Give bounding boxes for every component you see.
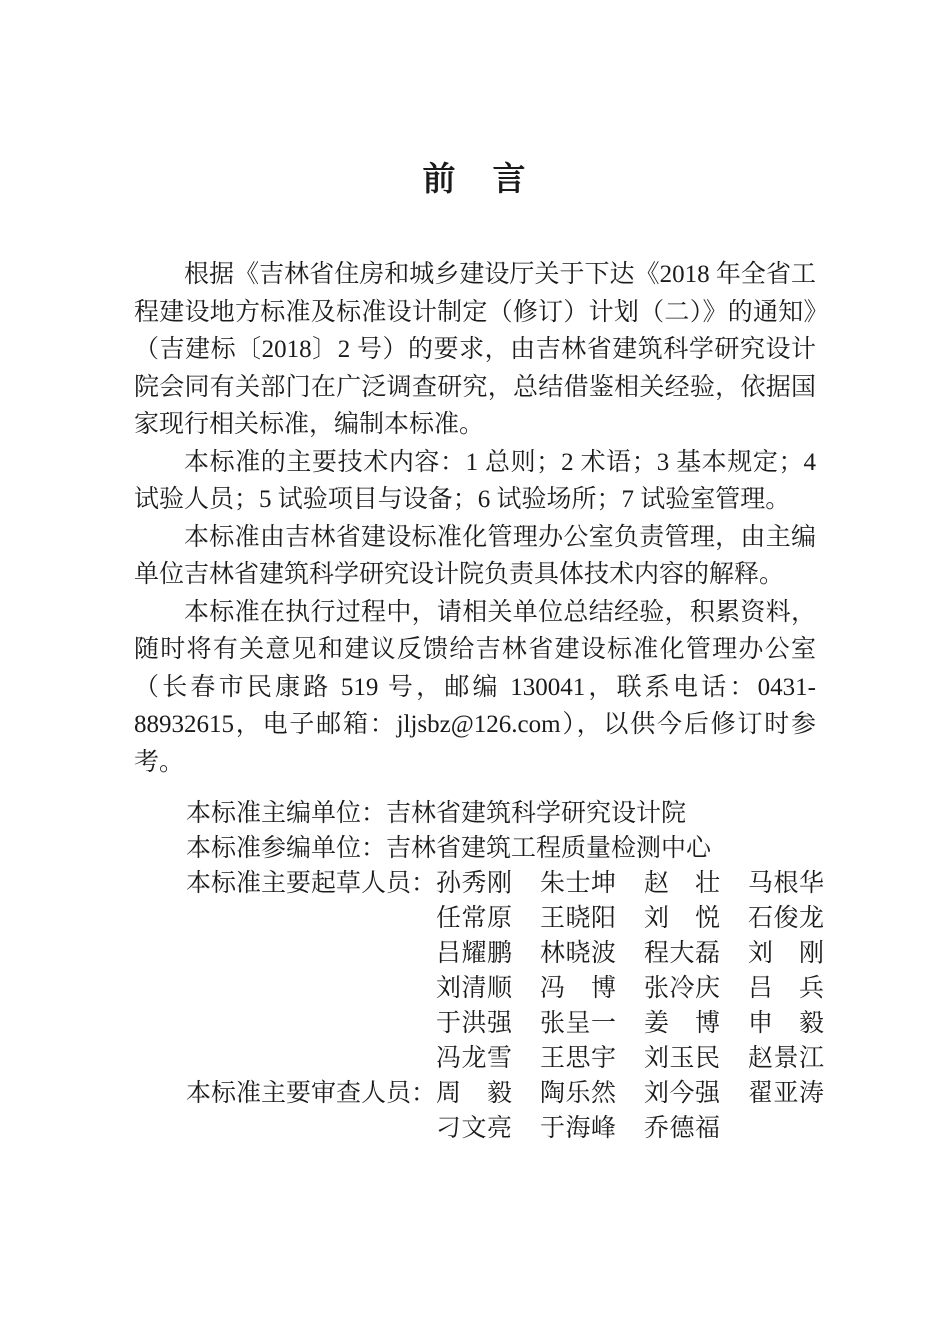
chief-editor-line: 本标准主编单位：吉林省建筑科学研究设计院 (186, 796, 816, 831)
preface-paragraph-1: 根据《吉林省住房和城乡建设厅关于下达《2018 年全省工程建设地方标准及标准设计… (134, 256, 816, 444)
chief-editor-value: 吉林省建筑科学研究设计院 (386, 800, 686, 827)
reviewers-name-grid: 周毅陶乐然刘今强翟亚涛刁文亮于海峰乔德福 (436, 1076, 824, 1146)
person-name: 申毅 (748, 1006, 824, 1041)
person-name: 王晓阳 (540, 901, 616, 936)
person-name: 石俊龙 (748, 901, 824, 936)
person-name: 吕兵 (748, 971, 824, 1006)
drafters-block: 本标准主要起草人员： 孙秀刚朱士坤赵壮马根华任常原王晓阳刘悦石俊龙吕耀鹏林晓波程… (186, 866, 816, 1076)
preface-paragraph-4: 本标准在执行过程中，请相关单位总结经验，积累资料，随时将有关意见和建议反馈给吉林… (134, 594, 816, 782)
person-name: 朱士坤 (540, 866, 616, 901)
person-name: 任常原 (436, 901, 512, 936)
person-name: 孙秀刚 (436, 866, 512, 901)
person-name: 于洪强 (436, 1006, 512, 1041)
name-row: 刘清顺冯博张冷庆吕兵 (436, 971, 824, 1006)
person-name: 吕耀鹏 (436, 936, 512, 971)
chief-editor-label: 本标准主编单位： (186, 800, 386, 827)
person-name: 姜博 (644, 1006, 720, 1041)
person-name: 刘玉民 (644, 1041, 720, 1076)
person-name: 马根华 (748, 866, 824, 901)
name-row: 吕耀鹏林晓波程大磊刘刚 (436, 936, 824, 971)
preface-paragraph-3: 本标准由吉林省建设标准化管理办公室负责管理，由主编单位吉林省建筑科学研究设计院负… (134, 519, 816, 594)
person-name: 林晓波 (540, 936, 616, 971)
drafters-name-grid: 孙秀刚朱士坤赵壮马根华任常原王晓阳刘悦石俊龙吕耀鹏林晓波程大磊刘刚刘清顺冯博张冷… (436, 866, 824, 1076)
person-name: 乔德福 (644, 1111, 720, 1146)
name-row: 刁文亮于海峰乔德福 (436, 1111, 824, 1146)
document-page: 前 言 根据《吉林省住房和城乡建设厅关于下达《2018 年全省工程建设地方标准及… (0, 0, 950, 1344)
person-name: 翟亚涛 (748, 1076, 824, 1111)
person-name: 陶乐然 (540, 1076, 616, 1111)
reviewers-label: 本标准主要审查人员： (186, 1076, 436, 1111)
participating-unit-label: 本标准参编单位： (186, 835, 386, 862)
name-row: 孙秀刚朱士坤赵壮马根华 (436, 866, 824, 901)
name-row: 周毅陶乐然刘今强翟亚涛 (436, 1076, 824, 1111)
person-name: 冯博 (540, 971, 616, 1006)
person-name: 刘清顺 (436, 971, 512, 1006)
person-name: 刘悦 (644, 901, 720, 936)
drafters-label: 本标准主要起草人员： (186, 866, 436, 901)
person-name: 程大磊 (644, 936, 720, 971)
name-row: 冯龙雪王思宇刘玉民赵景江 (436, 1041, 824, 1076)
name-row: 任常原王晓阳刘悦石俊龙 (436, 901, 824, 936)
participating-unit-line: 本标准参编单位：吉林省建筑工程质量检测中心 (186, 831, 816, 866)
name-row: 于洪强张呈一姜博申毅 (436, 1006, 824, 1041)
preface-paragraph-2: 本标准的主要技术内容：1 总则；2 术语；3 基本规定；4 试验人员；5 试验项… (134, 444, 816, 519)
person-name: 刘刚 (748, 936, 824, 971)
person-name: 刁文亮 (436, 1111, 512, 1146)
person-name: 周毅 (436, 1076, 512, 1111)
person-name: 张呈一 (540, 1006, 616, 1041)
credits-section: 本标准主编单位：吉林省建筑科学研究设计院 本标准参编单位：吉林省建筑工程质量检测… (186, 796, 816, 1146)
person-name: 刘今强 (644, 1076, 720, 1111)
person-name: 赵景江 (748, 1041, 824, 1076)
page-title: 前 言 (0, 0, 950, 202)
participating-unit-value: 吉林省建筑工程质量检测中心 (386, 835, 711, 862)
person-name: 赵壮 (644, 866, 720, 901)
reviewers-block: 本标准主要审查人员： 周毅陶乐然刘今强翟亚涛刁文亮于海峰乔德福 (186, 1076, 816, 1146)
person-name: 王思宇 (540, 1041, 616, 1076)
person-name: 张冷庆 (644, 971, 720, 1006)
person-name: 于海峰 (540, 1111, 616, 1146)
preface-content: 根据《吉林省住房和城乡建设厅关于下达《2018 年全省工程建设地方标准及标准设计… (134, 256, 816, 1146)
person-name: 冯龙雪 (436, 1041, 512, 1076)
